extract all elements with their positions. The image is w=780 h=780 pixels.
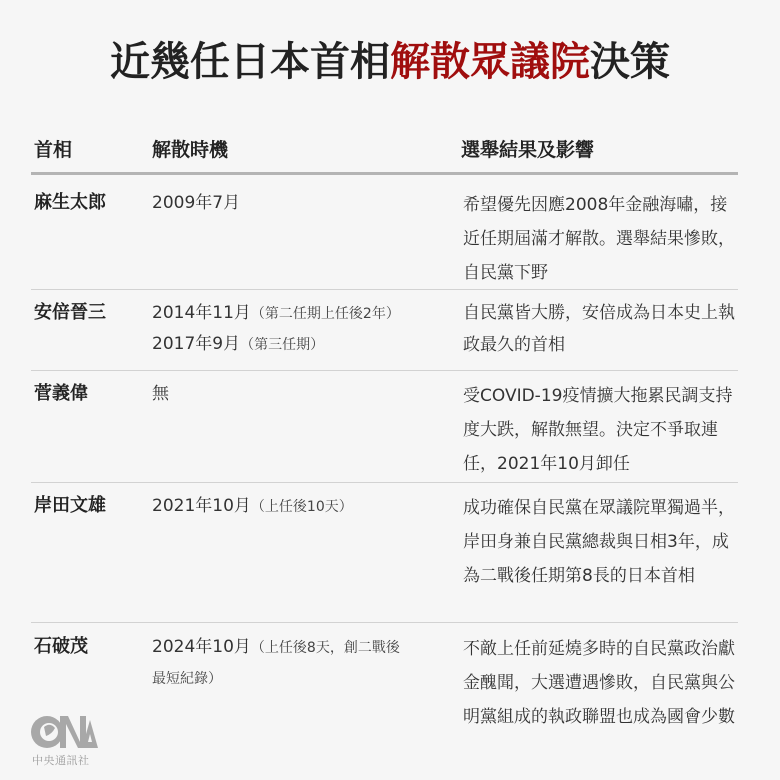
row-name: 菅義偉 [34,379,88,409]
row-name: 安倍晉三 [34,298,106,328]
header-divider [31,172,738,175]
header-result: 選舉結果及影響 [461,135,594,162]
row-divider [31,289,738,290]
title-part-3: 決策 [590,39,670,85]
row-result: 希望優先因應2008年金融海嘯，接近任期屆滿才解散。選舉結果慘敗，自民黨下野 [463,188,743,290]
row-time: 2014年11月（第二任期上任後2年） 2017年9月（第三任期） [152,298,452,360]
row-divider [31,622,738,623]
cna-logo-text: 中央通訊社 [32,752,90,768]
page-title: 近幾任日本首相解散眾議院決策 [0,38,780,86]
time-main: 2009年7月 [152,193,240,213]
row-time: 無 [152,379,452,409]
time-main: 2021年10月 [152,496,251,516]
row-result: 不敵上任前延燒多時的自民黨政治獻金醜聞，大選遭遇慘敗，自民黨與公明黨組成的執政聯… [463,632,743,734]
cna-logo: 中央通訊社 [28,712,103,772]
header-name: 首相 [34,135,72,162]
time-main: 2014年11月 [152,303,251,323]
row-name: 麻生太郎 [34,188,106,218]
row-divider [31,370,738,371]
row-divider [31,482,738,483]
table-header: 首相 解散時機 選舉結果及影響 [31,135,738,163]
time-main: 2017年9月 [152,334,240,354]
time-note: （上任後10天） [251,499,353,515]
row-name: 岸田文雄 [34,491,106,521]
cna-logo-icon [30,712,98,752]
title-part-2-highlight: 解散眾議院 [390,39,590,85]
row-result: 自民黨皆大勝，安倍成為日本史上執政最久的首相 [463,297,743,361]
title-part-1: 近幾任日本首相 [110,39,390,85]
row-time: 2009年7月 [152,188,452,218]
time-main: 2024年10月 [152,637,251,657]
time-note: （第二任期上任後2年） [251,306,400,322]
row-name: 石破茂 [34,632,88,662]
row-result: 受COVID-19疫情擴大拖累民調支持度大跌，解散無望。決定不爭取連任，2021… [463,379,743,481]
time-note: （第三任期） [240,337,324,353]
time-main: 無 [152,384,169,404]
row-result: 成功確保自民黨在眾議院單獨過半，岸田身兼自民黨總裁與日相3年，成為二戰後任期第8… [463,491,743,593]
row-time: 2021年10月（上任後10天） [152,491,452,522]
row-time: 2024年10月（上任後8天，創二戰後最短紀錄） [152,632,402,694]
header-time: 解散時機 [152,135,228,162]
